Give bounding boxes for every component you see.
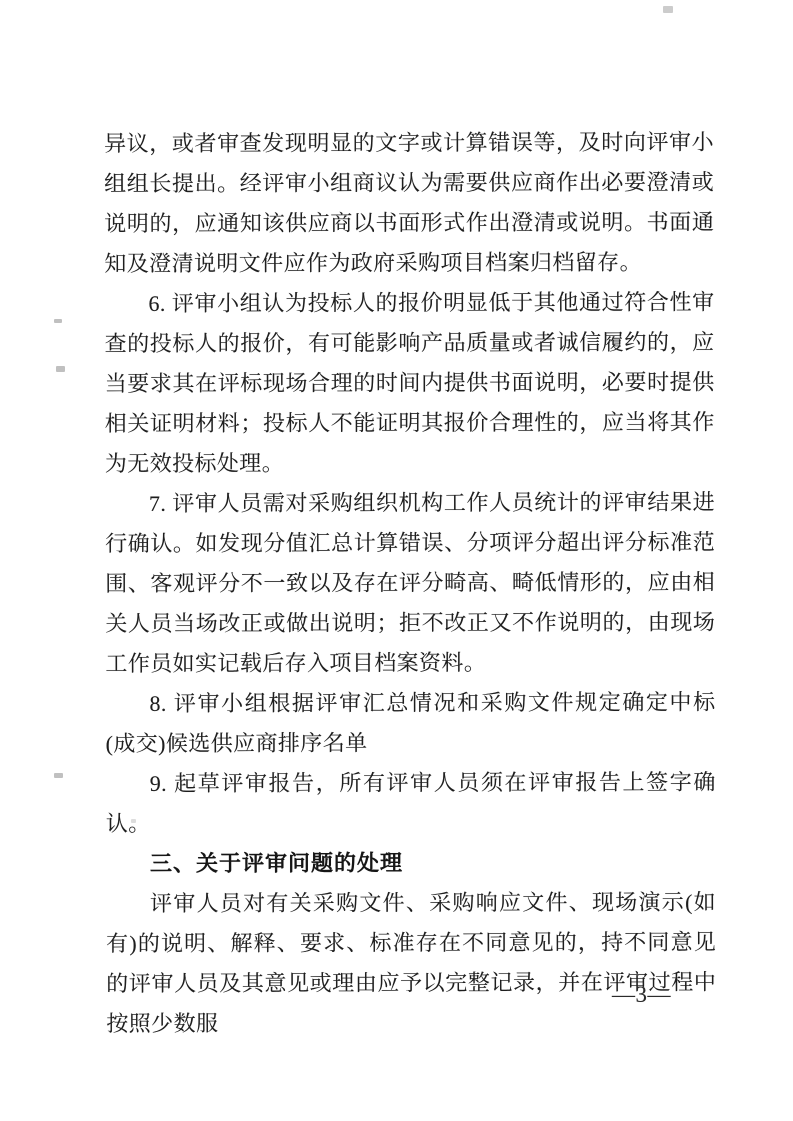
paragraph-continuation: 异议，或者审查发现明显的文字或计算错误等，及时向评审小组组长提出。经评审小组商议…: [104, 122, 714, 284]
paragraph-section3-body: 评审人员对有关采购文件、采购响应文件、现场演示(如有)的说明、解释、要求、标准存…: [106, 882, 716, 1044]
paragraph-item-8: 8. 评审小组根据评审汇总情况和采购文件规定确定中标(成交)候选供应商排序名单: [105, 682, 715, 764]
page-number: —3—: [612, 982, 671, 1008]
section-heading: 三、关于评审问题的处理: [106, 842, 716, 884]
scan-speck: [663, 6, 673, 13]
scan-speck: [54, 319, 62, 323]
scan-speck: [56, 366, 65, 372]
paragraph-item-6: 6. 评审小组认为投标人的报价明显低于其他通过符合性审查的投标人的报价，有可能影…: [104, 282, 715, 484]
scan-speck: [131, 819, 136, 823]
scan-speck: [54, 773, 63, 778]
paragraph-item-9: 9. 起草评审报告，所有评审人员须在评审报告上签字确认。: [106, 762, 716, 844]
document-page: 异议，或者审查发现明显的文字或计算错误等，及时向评审小组组长提出。经评审小组商议…: [0, 0, 793, 1121]
document-text-block: 异议，或者审查发现明显的文字或计算错误等，及时向评审小组组长提出。经评审小组商议…: [104, 122, 716, 1044]
paragraph-item-7: 7. 评审人员需对采购组织机构工作人员统计的评审结果进行确认。如发现分值汇总计算…: [105, 482, 716, 684]
